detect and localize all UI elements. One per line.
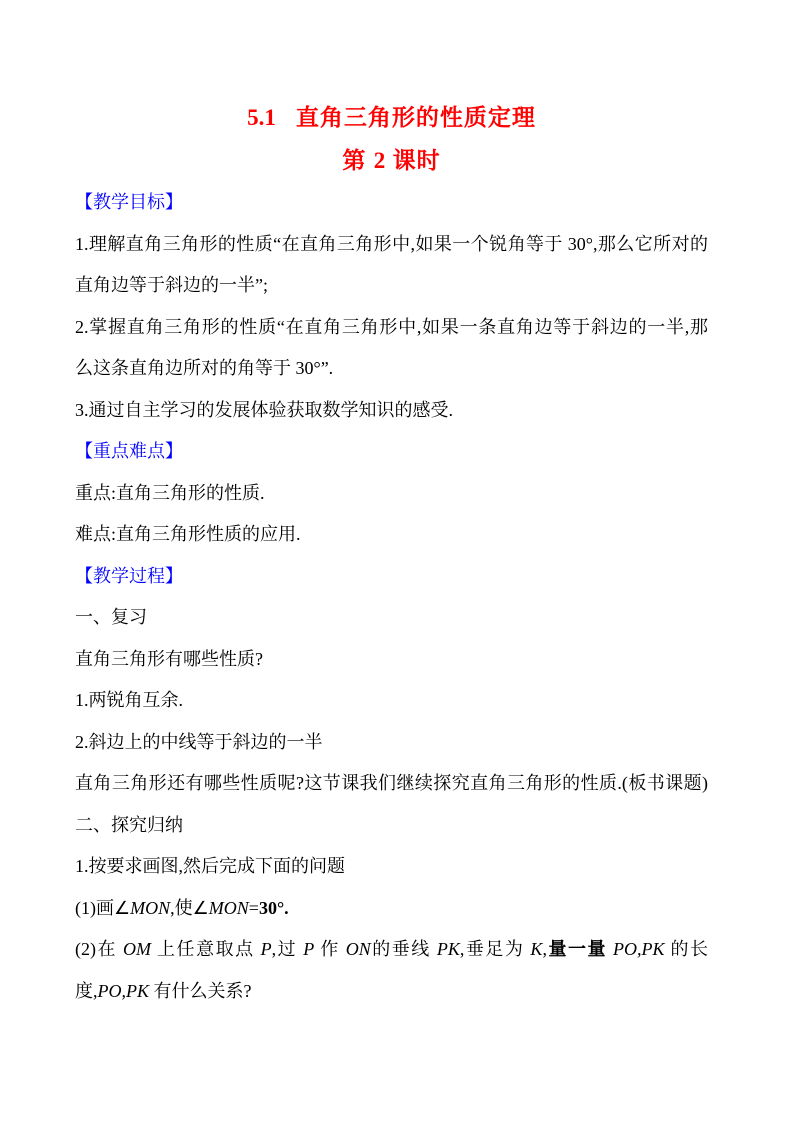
text-run: 量一量: [547, 939, 607, 959]
text-run: ∠: [114, 898, 130, 918]
paragraph-objective-1-line-2: 直角边等于斜边的一半”;: [75, 265, 708, 307]
text-run: PO,PK: [98, 981, 150, 1001]
section-title-explore: 二、探究归纳: [75, 805, 708, 847]
paragraph-step-2-line-1: (2)在 OM 上任意取点 P,过 P 作 ON的垂线 PK,垂足为 K,量一量…: [75, 929, 708, 971]
paragraph-objective-3: 3.通过自主学习的发展体验获取数学知识的感受.: [75, 390, 708, 432]
paragraph-objective-1-line-1: 1.理解直角三角形的性质“在直角三角形中,如果一个锐角等于 30°,那么它所对的: [75, 224, 708, 266]
text-run: 有什么关系?: [149, 981, 252, 1001]
paragraph-step-1: (1)画∠MON,使∠MON=30°.: [75, 888, 708, 930]
text-run: 作: [314, 939, 346, 959]
paragraph-review-question: 直角三角形有哪些性质?: [75, 639, 708, 681]
paragraph-step-2-line-2: 度,PO,PK 有什么关系?: [75, 971, 708, 1013]
text-run: ,使: [170, 898, 193, 918]
text-run: ,过: [272, 939, 304, 959]
text-run: =: [249, 898, 259, 918]
paragraph-task-1: 1.按要求画图,然后完成下面的问题: [75, 846, 708, 888]
text-run: 课时: [385, 147, 440, 173]
text-run: PO,PK: [613, 939, 665, 959]
text-run: 30°.: [259, 898, 289, 918]
document-page: 5.1直角三角形的性质定理 第 2 课时 【教学目标】 1.理解直角三角形的性质…: [0, 0, 794, 1123]
paragraph-objective-2-line-2: 么这条直角边所对的角等于 30°”.: [75, 348, 708, 390]
heading-objectives: 【教学目标】: [75, 182, 708, 224]
text-run: 上任意取点: [151, 939, 261, 959]
text-run: P: [303, 939, 314, 959]
text-run: 度,: [75, 981, 98, 1001]
text-run: K: [530, 939, 542, 959]
heading-key-points: 【重点难点】: [75, 431, 708, 473]
section-title-review: 一、复习: [75, 597, 708, 639]
text-run: 的垂线: [371, 939, 437, 959]
text-run: ∠: [193, 898, 209, 918]
text-run: 2: [374, 148, 386, 173]
title-line-1: 5.1直角三角形的性质定理: [75, 96, 708, 139]
text-run: MON: [209, 898, 249, 918]
text-run: OM: [123, 939, 151, 959]
text-run: PK: [437, 939, 460, 959]
text-run: P: [261, 939, 272, 959]
paragraph-transition: 直角三角形还有哪些性质呢?这节课我们继续探究直角三角形的性质.(板书课题): [75, 763, 708, 805]
title-line-2: 第 2 课时: [75, 139, 708, 182]
text-run: (1)画: [75, 898, 114, 918]
text-run: (2)在: [75, 939, 123, 959]
paragraph-review-item-2: 2.斜边上的中线等于斜边的一半: [75, 722, 708, 764]
text-run: 直角三角形的性质定理: [296, 104, 536, 130]
page-title: 5.1直角三角形的性质定理 第 2 课时: [75, 96, 708, 182]
paragraph-focus: 重点:直角三角形的性质.: [75, 473, 708, 515]
text-run: 第: [342, 147, 373, 173]
text-run: ,垂足为: [460, 939, 531, 959]
document-body: 【教学目标】 1.理解直角三角形的性质“在直角三角形中,如果一个锐角等于 30°…: [75, 182, 708, 1012]
paragraph-review-item-1: 1.两锐角互余.: [75, 680, 708, 722]
paragraph-difficulty: 难点:直角三角形性质的应用.: [75, 514, 708, 556]
paragraph-objective-2-line-1: 2.掌握直角三角形的性质“在直角三角形中,如果一条直角边等于斜边的一半,那: [75, 307, 708, 349]
heading-process: 【教学过程】: [75, 556, 708, 598]
text-run: 的长: [665, 939, 709, 959]
text-run: 5.1: [247, 105, 276, 130]
text-run: MON: [130, 898, 170, 918]
text-run: ON: [346, 939, 371, 959]
